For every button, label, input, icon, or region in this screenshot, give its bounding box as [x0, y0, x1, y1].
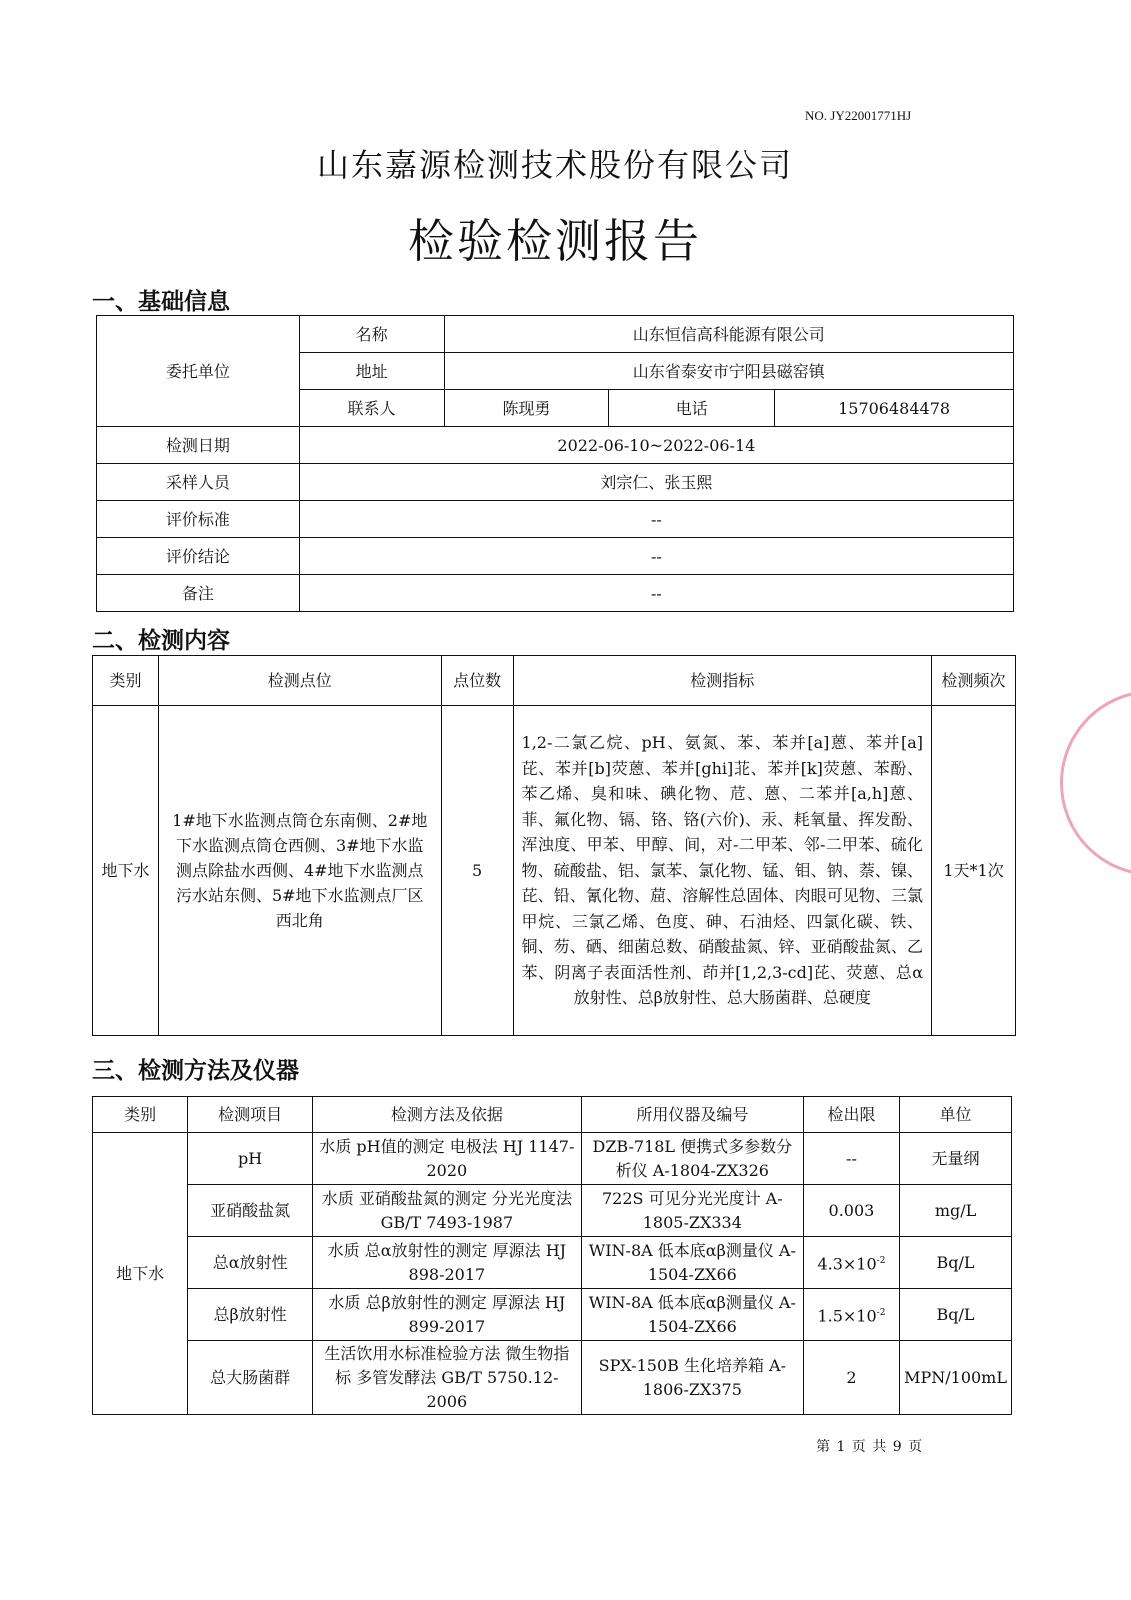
header-category: 类别: [93, 1097, 188, 1133]
phone-label: 电话: [609, 390, 775, 427]
unit-cell: mg/L: [900, 1185, 1012, 1237]
category-cell: 地下水: [93, 706, 159, 1036]
unit-cell: Bq/L: [900, 1237, 1012, 1289]
phone-value: 15706484478: [775, 390, 1014, 427]
category-cell: 地下水: [93, 1133, 188, 1415]
basic-info-table: 委托单位 名称 山东恒信高科能源有限公司 地址 山东省泰安市宁阳县磁窑镇 联系人…: [96, 315, 1014, 612]
header-item: 检测项目: [188, 1097, 313, 1133]
company-seal-stamp: [1060, 690, 1131, 876]
header-indicators: 检测指标: [513, 656, 932, 706]
contact-label: 联系人: [299, 390, 444, 427]
limit-exponent: -2: [877, 1256, 886, 1266]
method-cell: 水质 亚硝酸盐氮的测定 分光光度法 GB/T 7493-1987: [312, 1185, 581, 1237]
sampler-value: 刘宗仁、张玉熙: [299, 464, 1013, 501]
section-test-content-heading: 二、检测内容: [92, 622, 230, 655]
test-content-table: 类别 检测点位 点位数 检测指标 检测频次 地下水 1#地下水监测点筒仓东南侧、…: [92, 655, 1016, 1036]
eval-standard-value: --: [299, 501, 1013, 538]
address-value: 山东省泰安市宁阳县磁窑镇: [444, 353, 1013, 390]
item-cell: pH: [188, 1133, 313, 1185]
instrument-cell: WIN-8A 低本底αβ测量仪 A-1504-ZX66: [581, 1289, 803, 1341]
item-cell: 总α放射性: [188, 1237, 313, 1289]
eval-standard-label: 评价标准: [97, 501, 300, 538]
report-title: 检验检测报告: [0, 205, 1110, 271]
methods-table: 类别 检测项目 检测方法及依据 所用仪器及编号 检出限 单位 地下水 pH 水质…: [92, 1096, 1012, 1415]
test-date-value: 2022-06-10~2022-06-14: [299, 427, 1013, 464]
remarks-value: --: [299, 575, 1013, 612]
limit-cell: 4.3×10-2: [803, 1237, 899, 1289]
limit-base: 1.5×10: [817, 1306, 876, 1325]
limit-cell: 1.5×10-2: [803, 1289, 899, 1341]
header-limit: 检出限: [803, 1097, 899, 1133]
header-points: 检测点位: [158, 656, 441, 706]
name-value: 山东恒信高科能源有限公司: [444, 316, 1013, 353]
page-number: 第 1 页 共 9 页: [816, 1436, 923, 1456]
method-cell: 生活饮用水标准检验方法 微生物指标 多管发酵法 GB/T 5750.12-200…: [312, 1341, 581, 1415]
client-label: 委托单位: [97, 316, 300, 427]
item-cell: 总大肠菌群: [188, 1341, 313, 1415]
instrument-cell: WIN-8A 低本底αβ测量仪 A-1504-ZX66: [581, 1237, 803, 1289]
instrument-cell: 722S 可见分光光度计 A-1805-ZX334: [581, 1185, 803, 1237]
points-cell: 1#地下水监测点筒仓东南侧、2#地下水监测点筒仓西侧、3#地下水监测点除盐水西侧…: [158, 706, 441, 1036]
remarks-label: 备注: [97, 575, 300, 612]
frequency-cell: 1天*1次: [932, 706, 1016, 1036]
header-unit: 单位: [900, 1097, 1012, 1133]
method-cell: 水质 pH值的测定 电极法 HJ 1147-2020: [312, 1133, 581, 1185]
eval-conclusion-value: --: [299, 538, 1013, 575]
item-cell: 亚硝酸盐氮: [188, 1185, 313, 1237]
name-label: 名称: [299, 316, 444, 353]
method-cell: 水质 总α放射性的测定 厚源法 HJ 898-2017: [312, 1237, 581, 1289]
unit-cell: MPN/100mL: [900, 1341, 1012, 1415]
header-frequency: 检测频次: [932, 656, 1016, 706]
item-cell: 总β放射性: [188, 1289, 313, 1341]
contact-value: 陈现勇: [444, 390, 609, 427]
test-date-label: 检测日期: [97, 427, 300, 464]
unit-cell: Bq/L: [900, 1289, 1012, 1341]
header-instrument: 所用仪器及编号: [581, 1097, 803, 1133]
instrument-cell: SPX-150B 生化培养箱 A-1806-ZX375: [581, 1341, 803, 1415]
sampler-label: 采样人员: [97, 464, 300, 501]
limit-cell: 0.003: [803, 1185, 899, 1237]
header-count: 点位数: [441, 656, 513, 706]
header-method: 检测方法及依据: [312, 1097, 581, 1133]
limit-cell: 2: [803, 1341, 899, 1415]
section-basic-info-heading: 一、基础信息: [92, 283, 230, 316]
report-number: NO. JY22001771HJ: [805, 108, 911, 124]
unit-cell: 无量纲: [900, 1133, 1012, 1185]
indicators-cell: 1,2-二氯乙烷、pH、氨氮、苯、苯并[a]蒽、苯并[a]芘、苯并[b]荧蒽、苯…: [513, 706, 932, 1036]
section-methods-heading: 三、检测方法及仪器: [92, 1052, 299, 1085]
address-label: 地址: [299, 353, 444, 390]
instrument-cell: DZB-718L 便携式多参数分析仪 A-1804-ZX326: [581, 1133, 803, 1185]
limit-exponent: -2: [877, 1308, 886, 1318]
header-category: 类别: [93, 656, 159, 706]
method-cell: 水质 总β放射性的测定 厚源法 HJ 899-2017: [312, 1289, 581, 1341]
eval-conclusion-label: 评价结论: [97, 538, 300, 575]
count-cell: 5: [441, 706, 513, 1036]
limit-base: 4.3×10: [817, 1254, 876, 1273]
company-name: 山东嘉源检测技术股份有限公司: [0, 140, 1110, 186]
limit-cell: --: [803, 1133, 899, 1185]
